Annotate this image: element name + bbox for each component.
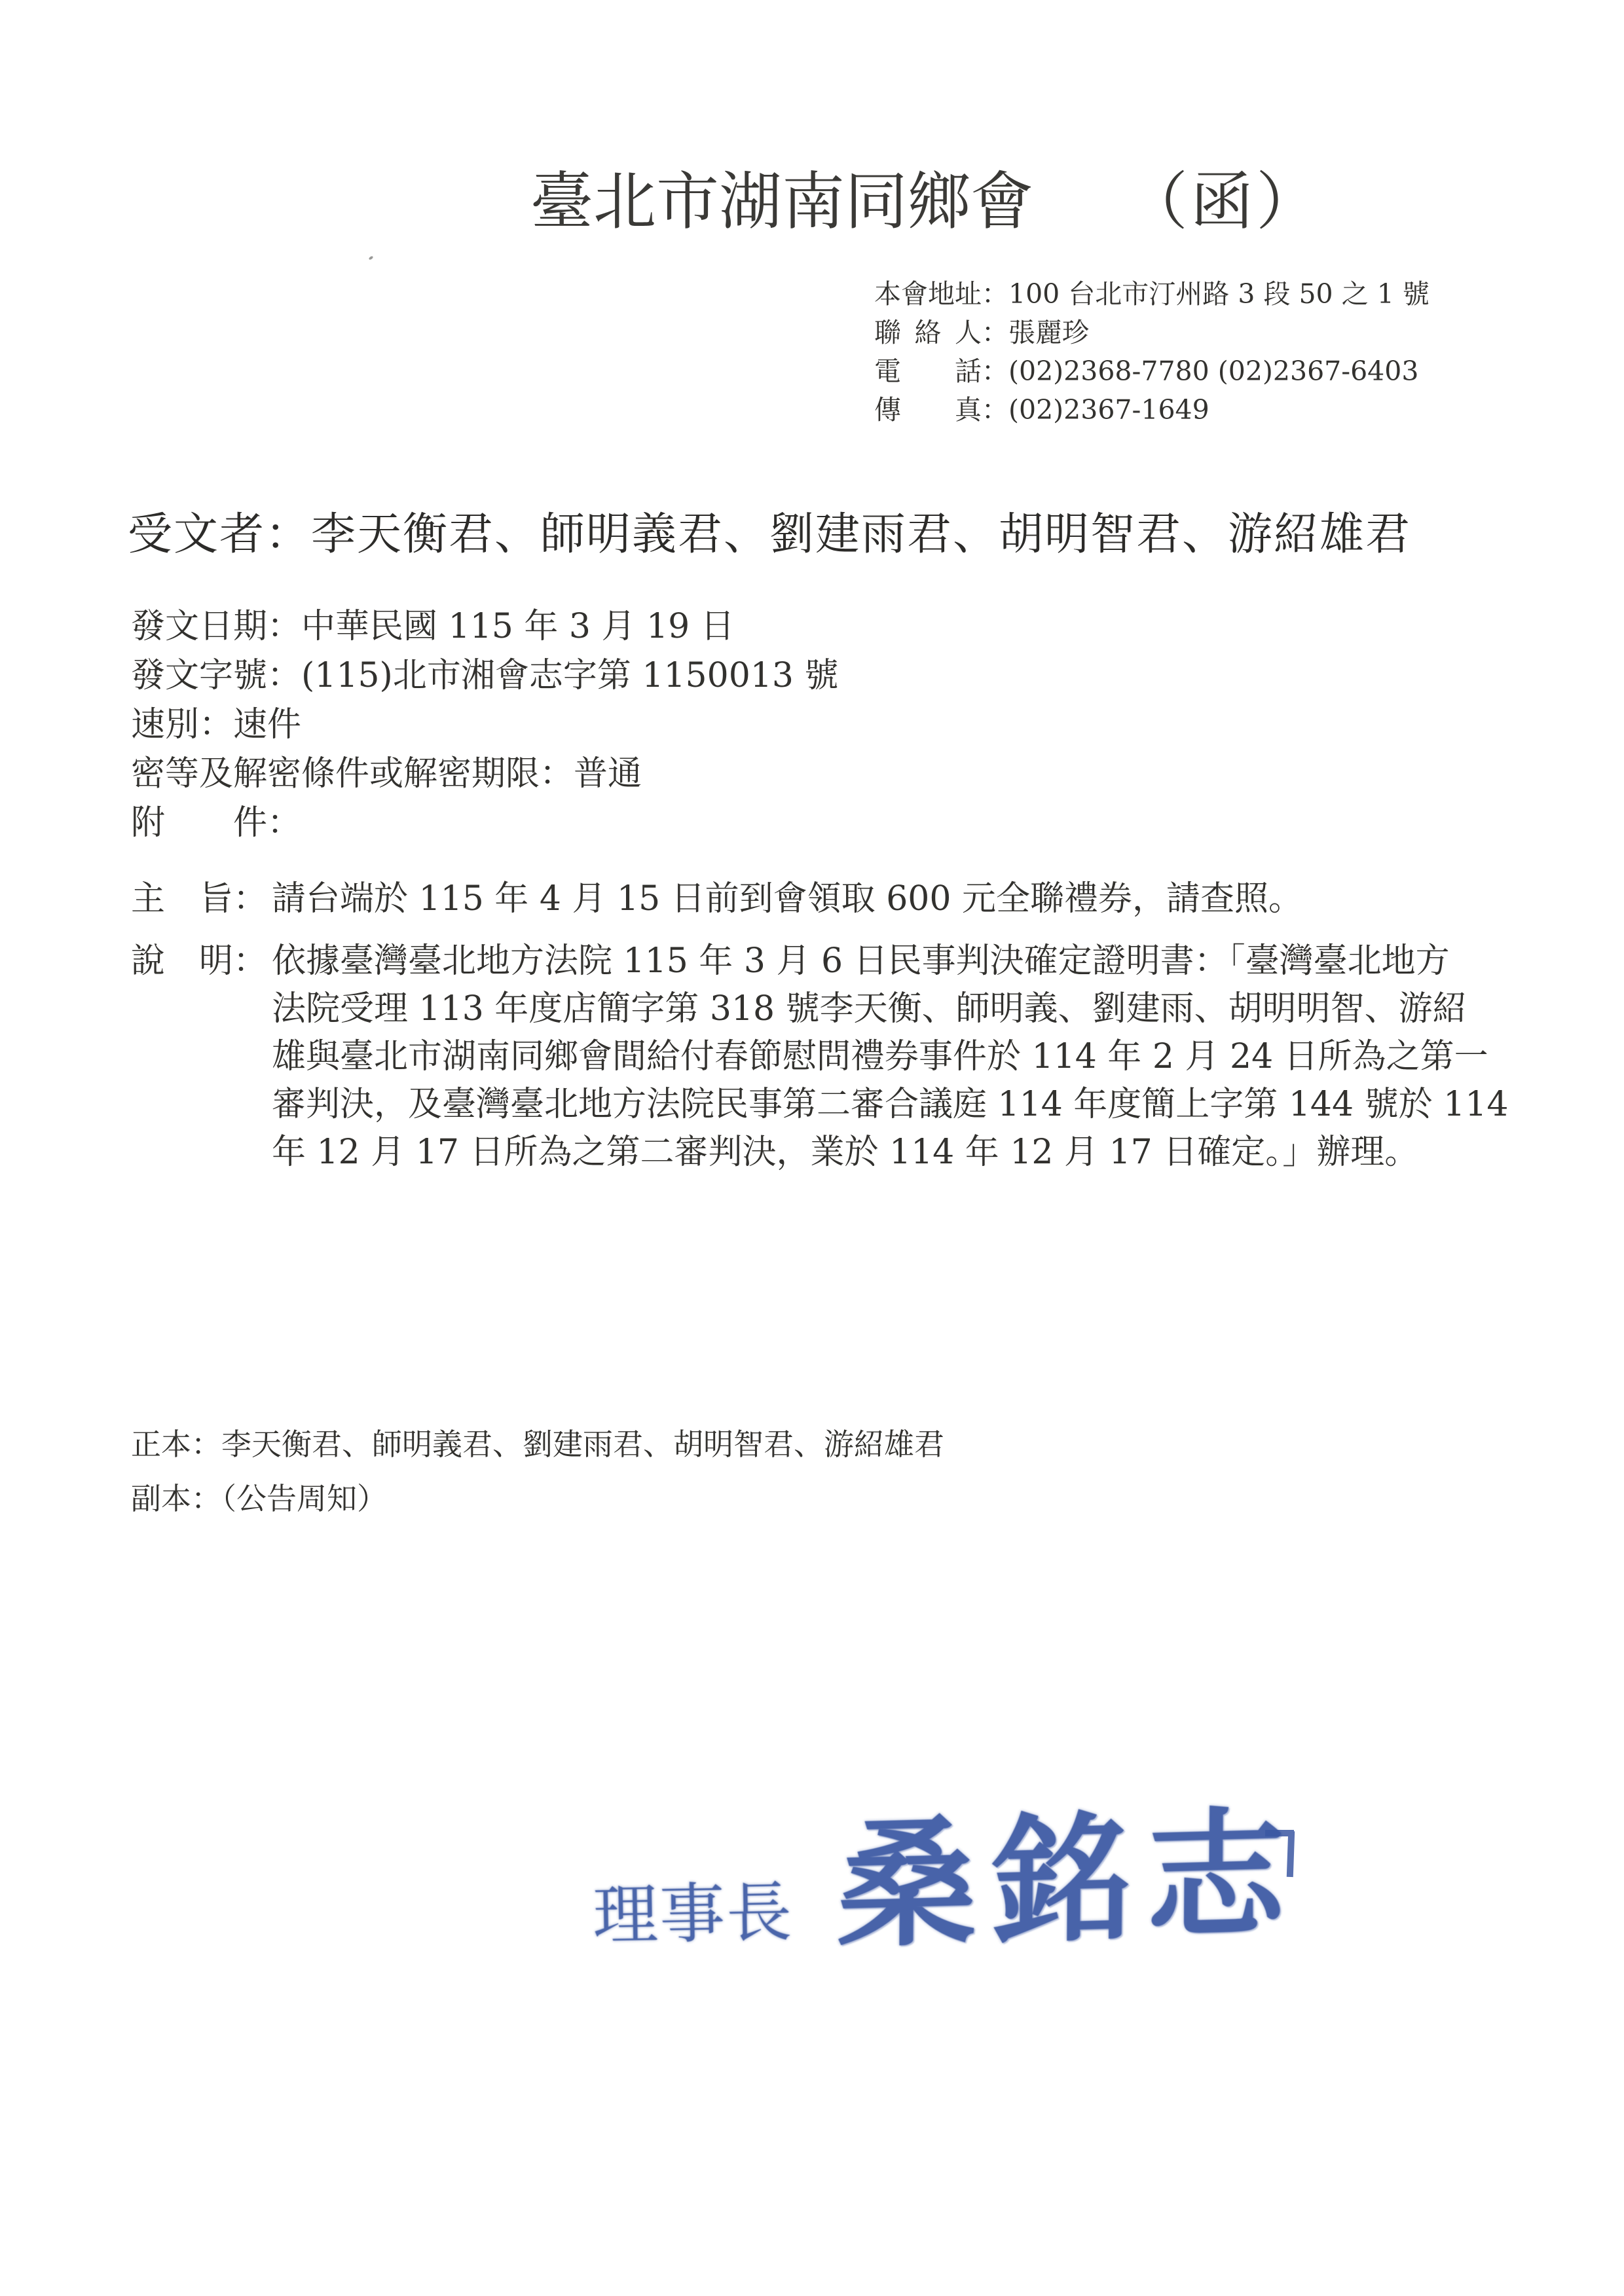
ref-number-label: 發文字號： [131,656,301,695]
speed-value: 速件 [233,705,301,744]
subject-label: 主 旨： [131,871,272,920]
carbon-copy-label: 副本： [131,1481,221,1516]
original-copy-label: 正本： [131,1427,221,1462]
original-copy-row: 正本：李天衡君、師明義君、劉建雨君、胡明智君、游紹雄君 [131,1417,944,1472]
carbon-copy-row: 副本：（公告周知） [131,1472,944,1526]
speed-label: 速別： [131,705,233,744]
org-contact-label: 聯 絡 人： [874,314,1008,352]
signature-stamp-block: 理事長 桑銘志 [593,1804,1301,1956]
stamp-tick-mark [1265,1830,1294,1877]
official-letter-page: 臺北市湖南同鄉會（函） 本會地址：100 台北市汀州路 3 段 50 之 1 號… [0,0,1624,2296]
org-name-title: 臺北市湖南同鄉會 [530,165,1033,238]
org-info-block: 本會地址：100 台北市汀州路 3 段 50 之 1 號 聯 絡 人：張麗珍 電… [874,275,1430,429]
description-line: 依據臺灣臺北地方法院 115 年 3 月 6 日民事判決確定證明書：「臺灣臺北地… [272,938,1508,985]
security-label: 密等及解密條件或解密期限： [131,754,574,793]
ref-number-value: (115)北市湘會志字第 1150013 號 [301,656,838,695]
description-line: 法院受理 113 年度店簡字第 318 號李天衡、師明義、劉建雨、胡明明智、游紹 [272,985,1508,1033]
description-line: 年 12 月 17 日所為之第二審判決，業於 114 年 12 月 17 日確定… [272,1129,1508,1176]
org-fax-row: 傳 真：(02)2367-1649 [874,391,1430,429]
org-contact-row: 聯 絡 人：張麗珍 [874,314,1430,352]
security-row: 密等及解密條件或解密期限：普通 [131,750,839,799]
document-type-label: （函） [1125,165,1321,238]
description-lines: 依據臺灣臺北地方法院 115 年 3 月 6 日民事判決確定證明書：「臺灣臺北地… [272,938,1508,1176]
description-block: 說 明： 依據臺灣臺北地方法院 115 年 3 月 6 日民事判決確定證明書：「… [131,938,1508,1176]
org-contact-value: 張麗珍 [1008,317,1089,348]
org-phone-row: 電 話：(02)2368-7780 (02)2367-6403 [874,352,1430,391]
chairman-signature-stamp: 桑銘志 [837,1804,1302,1956]
document-title-row: 臺北市湖南同鄉會（函） [530,169,1321,235]
security-value: 普通 [574,754,642,793]
ref-number-row: 發文字號：(115)北市湘會志字第 1150013 號 [131,651,839,701]
copies-block: 正本：李天衡君、師明義君、劉建雨君、胡明智君、游紹雄君 副本：（公告周知） [131,1417,944,1526]
org-phone-value: (02)2368-7780 (02)2367-6403 [1008,355,1418,387]
recipient-row: 受文者：李天衡君、師明義君、劉建雨君、胡明智君、游紹雄君 [128,499,1411,562]
meta-block: 發文日期：中華民國 115 年 3 月 19 日 發文字號：(115)北市湘會志… [131,602,839,848]
description-line: 雄與臺北市湖南同鄉會間給付春節慰問禮券事件於 114 年 2 月 24 日所為之… [272,1033,1508,1081]
org-phone-label: 電 話： [874,352,1008,391]
attachment-label: 附 件： [131,803,301,843]
recipient-names: 李天衡君、師明義君、劉建雨君、胡明智君、游紹雄君 [311,509,1411,560]
speed-row: 速別：速件 [131,701,839,750]
issue-date-label: 發文日期： [131,607,301,646]
org-fax-value: (02)2367-1649 [1008,394,1209,426]
org-address-row: 本會地址：100 台北市汀州路 3 段 50 之 1 號 [874,275,1430,314]
recipient-label: 受文者： [128,509,311,560]
org-fax-label: 傳 真： [874,391,1008,429]
description-line: 審判決，及臺灣臺北地方法院民事第二審合議庭 114 年度簡上字第 144 號於 … [272,1081,1508,1129]
carbon-copy-value: （公告周知） [221,1481,387,1516]
subject-text: 請台端於 115 年 4 月 15 日前到會領取 600 元全聯禮券，請查照。 [272,871,1302,920]
issue-date-value: 中華民國 115 年 3 月 19 日 [301,607,735,646]
description-label: 說 明： [131,938,272,1176]
original-copy-names: 李天衡君、師明義君、劉建雨君、胡明智君、游紹雄君 [221,1427,944,1462]
paper-speck [368,255,373,260]
issue-date-row: 發文日期：中華民國 115 年 3 月 19 日 [131,602,839,651]
subject-row: 主 旨： 請台端於 115 年 4 月 15 日前到會領取 600 元全聯禮券，… [131,871,1302,920]
attachment-row: 附 件： [131,799,839,848]
org-address-value: 100 台北市汀州路 3 段 50 之 1 號 [1008,278,1430,310]
org-address-label: 本會地址： [874,275,1008,314]
chairman-title-stamp: 理事長 [592,1859,794,1957]
